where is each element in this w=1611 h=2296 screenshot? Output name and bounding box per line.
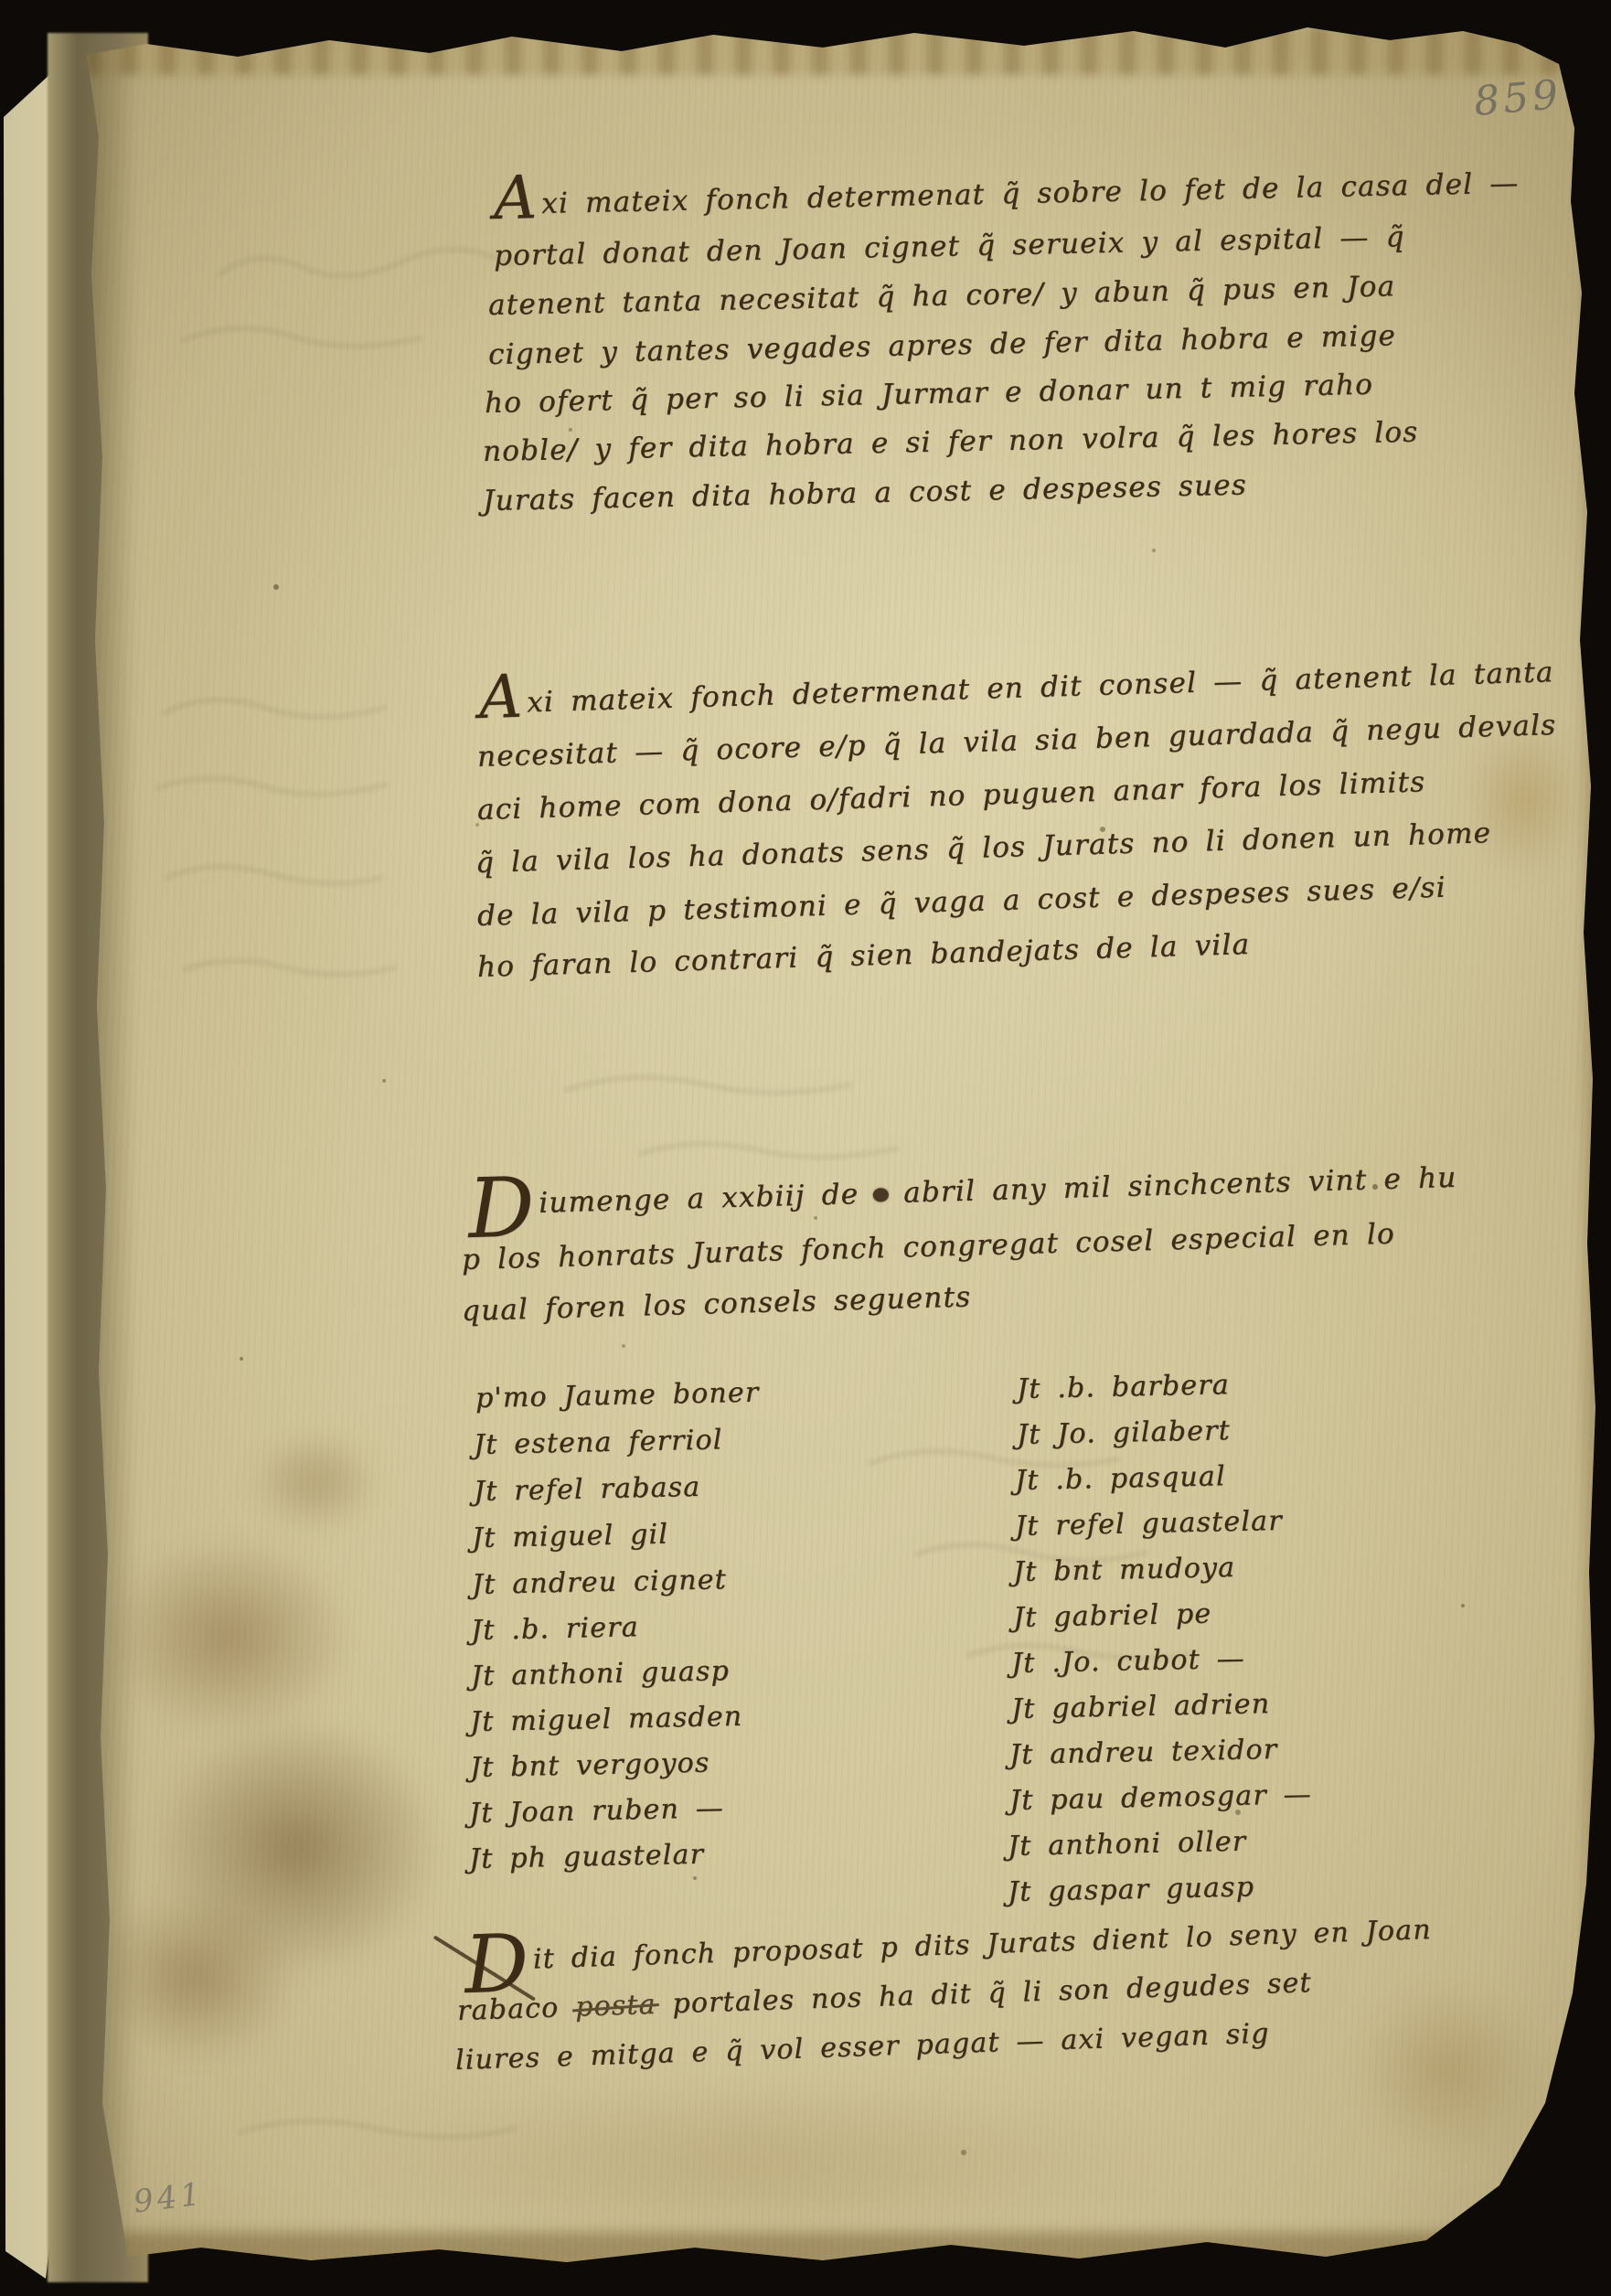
manuscript-scan: Axi mateix fonch determenat q̃ sobre lo … [0,0,1611,2296]
ink-blot [873,1188,889,1201]
initial-capital: A [493,164,539,233]
council-member-name: Jt refel guastelar [1015,1505,1283,1543]
foxing-specks [0,0,4,4]
council-member-name: Jt bnt mudoya [1013,1552,1236,1588]
folio-number: 859 [1472,71,1563,125]
council-member-name: Jt miguel gil [472,1518,669,1554]
council-member-name: Jt bnt vergoyos [470,1747,710,1784]
council-member-name: Jt estena ferriol [474,1424,723,1461]
council-member-name: Jt miguel masden [470,1701,743,1738]
council-member-name: Jt .b. barbera [1017,1369,1231,1405]
council-member-name: Jt ph guastelar [469,1839,705,1875]
council-member-name: Jt anthoni guasp [471,1655,731,1693]
council-member-name: Jt anthoni oller [1008,1826,1247,1863]
council-member-name: Jt Jo. gilabert [1017,1415,1232,1451]
council-member-name: p'mo Jaume boner [475,1377,760,1415]
council-member-name: Jt .Jo. cubot — [1011,1643,1245,1680]
line-text: rabaco [456,1992,559,2027]
council-member-name: Jt andreu cignet [472,1564,728,1601]
initial-capital: A [478,663,524,732]
council-member-name: Jt gabriel adrien [1011,1688,1271,1725]
council-member-name: Jt andreu texidor [1009,1734,1278,1771]
council-member-name: Jt .b. pasqual [1015,1460,1226,1497]
council-member-name: Jt pau demosgar — [1009,1778,1312,1817]
council-member-name: Jt Joan ruben — [469,1792,725,1830]
council-member-name: Jt .b. riera [471,1611,639,1647]
manuscript-page: Axi mateix fonch determenat q̃ sobre lo … [0,0,1611,2296]
council-member-name: Jt gabriel pe [1013,1597,1212,1634]
council-member-name: Jt refel rabasa [474,1471,701,1508]
council-member-name: Jt gaspar guasp [1008,1871,1255,1908]
struck-through-word: posta [574,1989,656,2024]
